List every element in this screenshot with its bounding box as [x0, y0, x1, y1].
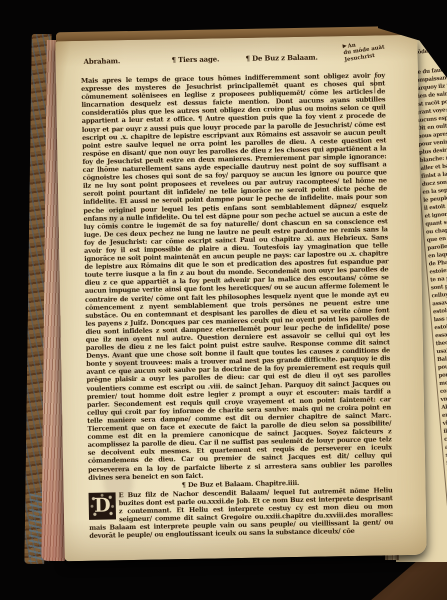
paragraph: Mais apres le temps de grace tous hōmes … — [81, 71, 392, 481]
book-scan: An du mōde auāt Jesuchrist me du fauoz d… — [0, 0, 447, 600]
running-header-center: ¶ Tiers aage. — [172, 54, 220, 64]
woodcut-initial: D — [89, 492, 116, 519]
running-header-right: ¶ De Buz z Balaam. — [246, 53, 318, 63]
text-block: Mais apres le temps de grace tous hōmes … — [81, 71, 393, 540]
manicule-icon — [342, 44, 347, 49]
running-header-left: Abraham. — [84, 56, 121, 66]
book-page: Abraham. ¶ Tiers aage. ¶ De Buz z Balaam… — [55, 35, 426, 562]
paragraph: DE Buz filz de Nachor descendit Balaam/ … — [89, 486, 394, 540]
paragraph-text: E Buz filz de Nachor descendit Balaam/ l… — [89, 486, 393, 540]
